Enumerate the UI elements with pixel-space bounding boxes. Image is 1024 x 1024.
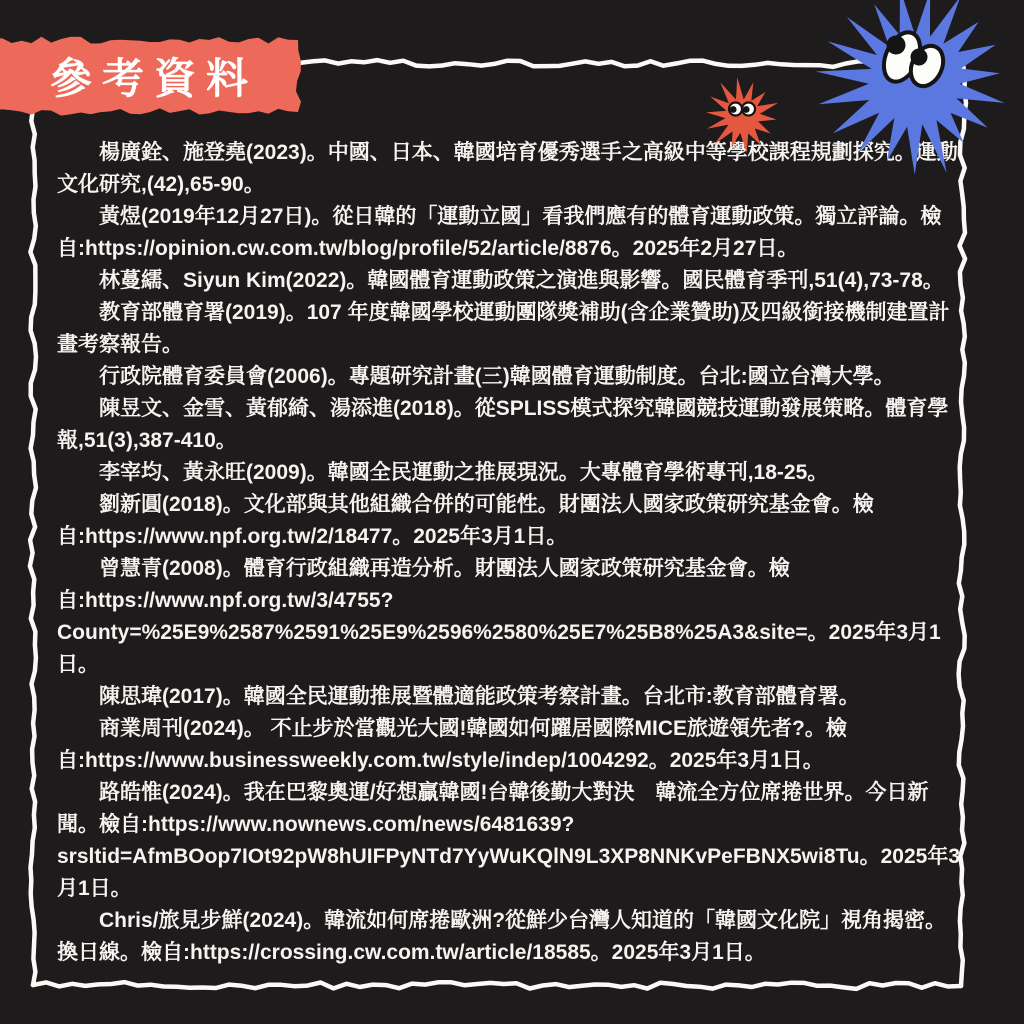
reference-item: 曾慧青(2008)。體育行政組織再造分析。財團法人國家政策研究基金會。檢自:ht… <box>57 553 963 681</box>
reference-item: Chris/旅見步鮮(2024)。韓流如何席捲歐洲?從鮮少台灣人知道的「韓國文化… <box>57 905 963 969</box>
reference-item: 劉新圓(2018)。文化部與其他組織合併的可能性。財團法人國家政策研究基金會。檢… <box>57 489 963 553</box>
reference-item: 林蔓繻、Siyun Kim(2022)。韓國體育運動政策之演進與影響。國民體育季… <box>57 265 963 297</box>
reference-item: 楊廣銓、施登堯(2023)。中國、日本、韓國培育優秀選手之高級中等學校課程規劃探… <box>57 137 963 201</box>
reference-item: 教育部體育署(2019)。107 年度韓國學校運動團隊獎補助(含企業贊助)及四級… <box>57 297 963 361</box>
reference-list: 楊廣銓、施登堯(2023)。中國、日本、韓國培育優秀選手之高級中等學校課程規劃探… <box>57 137 963 969</box>
reference-item: 陳昱文、金雪、黃郁綺、湯添進(2018)。從SPLISS模式探究韓國競技運動發展… <box>57 393 963 457</box>
reference-item: 路皓惟(2024)。我在巴黎奧運/好想贏韓國!台韓後勤大對決 韓流全方位席捲世界… <box>57 777 963 905</box>
reference-item: 陳思瑋(2017)。韓國全民運動推展暨體適能政策考察計畫。台北市:教育部體育署。 <box>57 681 963 713</box>
reference-slide: 參考資料 楊廣銓、施登堯(2023)。中國、日本、韓國培育優秀選手之高級中等學校… <box>0 0 1024 1024</box>
reference-item: 黃煜(2019年12月27日)。從日韓的「運動立國」看我們應有的體育運動政策。獨… <box>57 201 963 265</box>
reference-item: 李宰均、黃永旺(2009)。韓國全民運動之推展現況。大專體育學術專刊,18-25… <box>57 457 963 489</box>
reference-item: 商業周刊(2024)。 不止步於當觀光大國!韓國如何躍居國際MICE旅遊領先者?… <box>57 713 963 777</box>
page-title: 參考資料 <box>0 40 298 112</box>
reference-item: 行政院體育委員會(2006)。專題研究計畫(三)韓國體育運動制度。台北:國立台灣… <box>57 361 963 393</box>
